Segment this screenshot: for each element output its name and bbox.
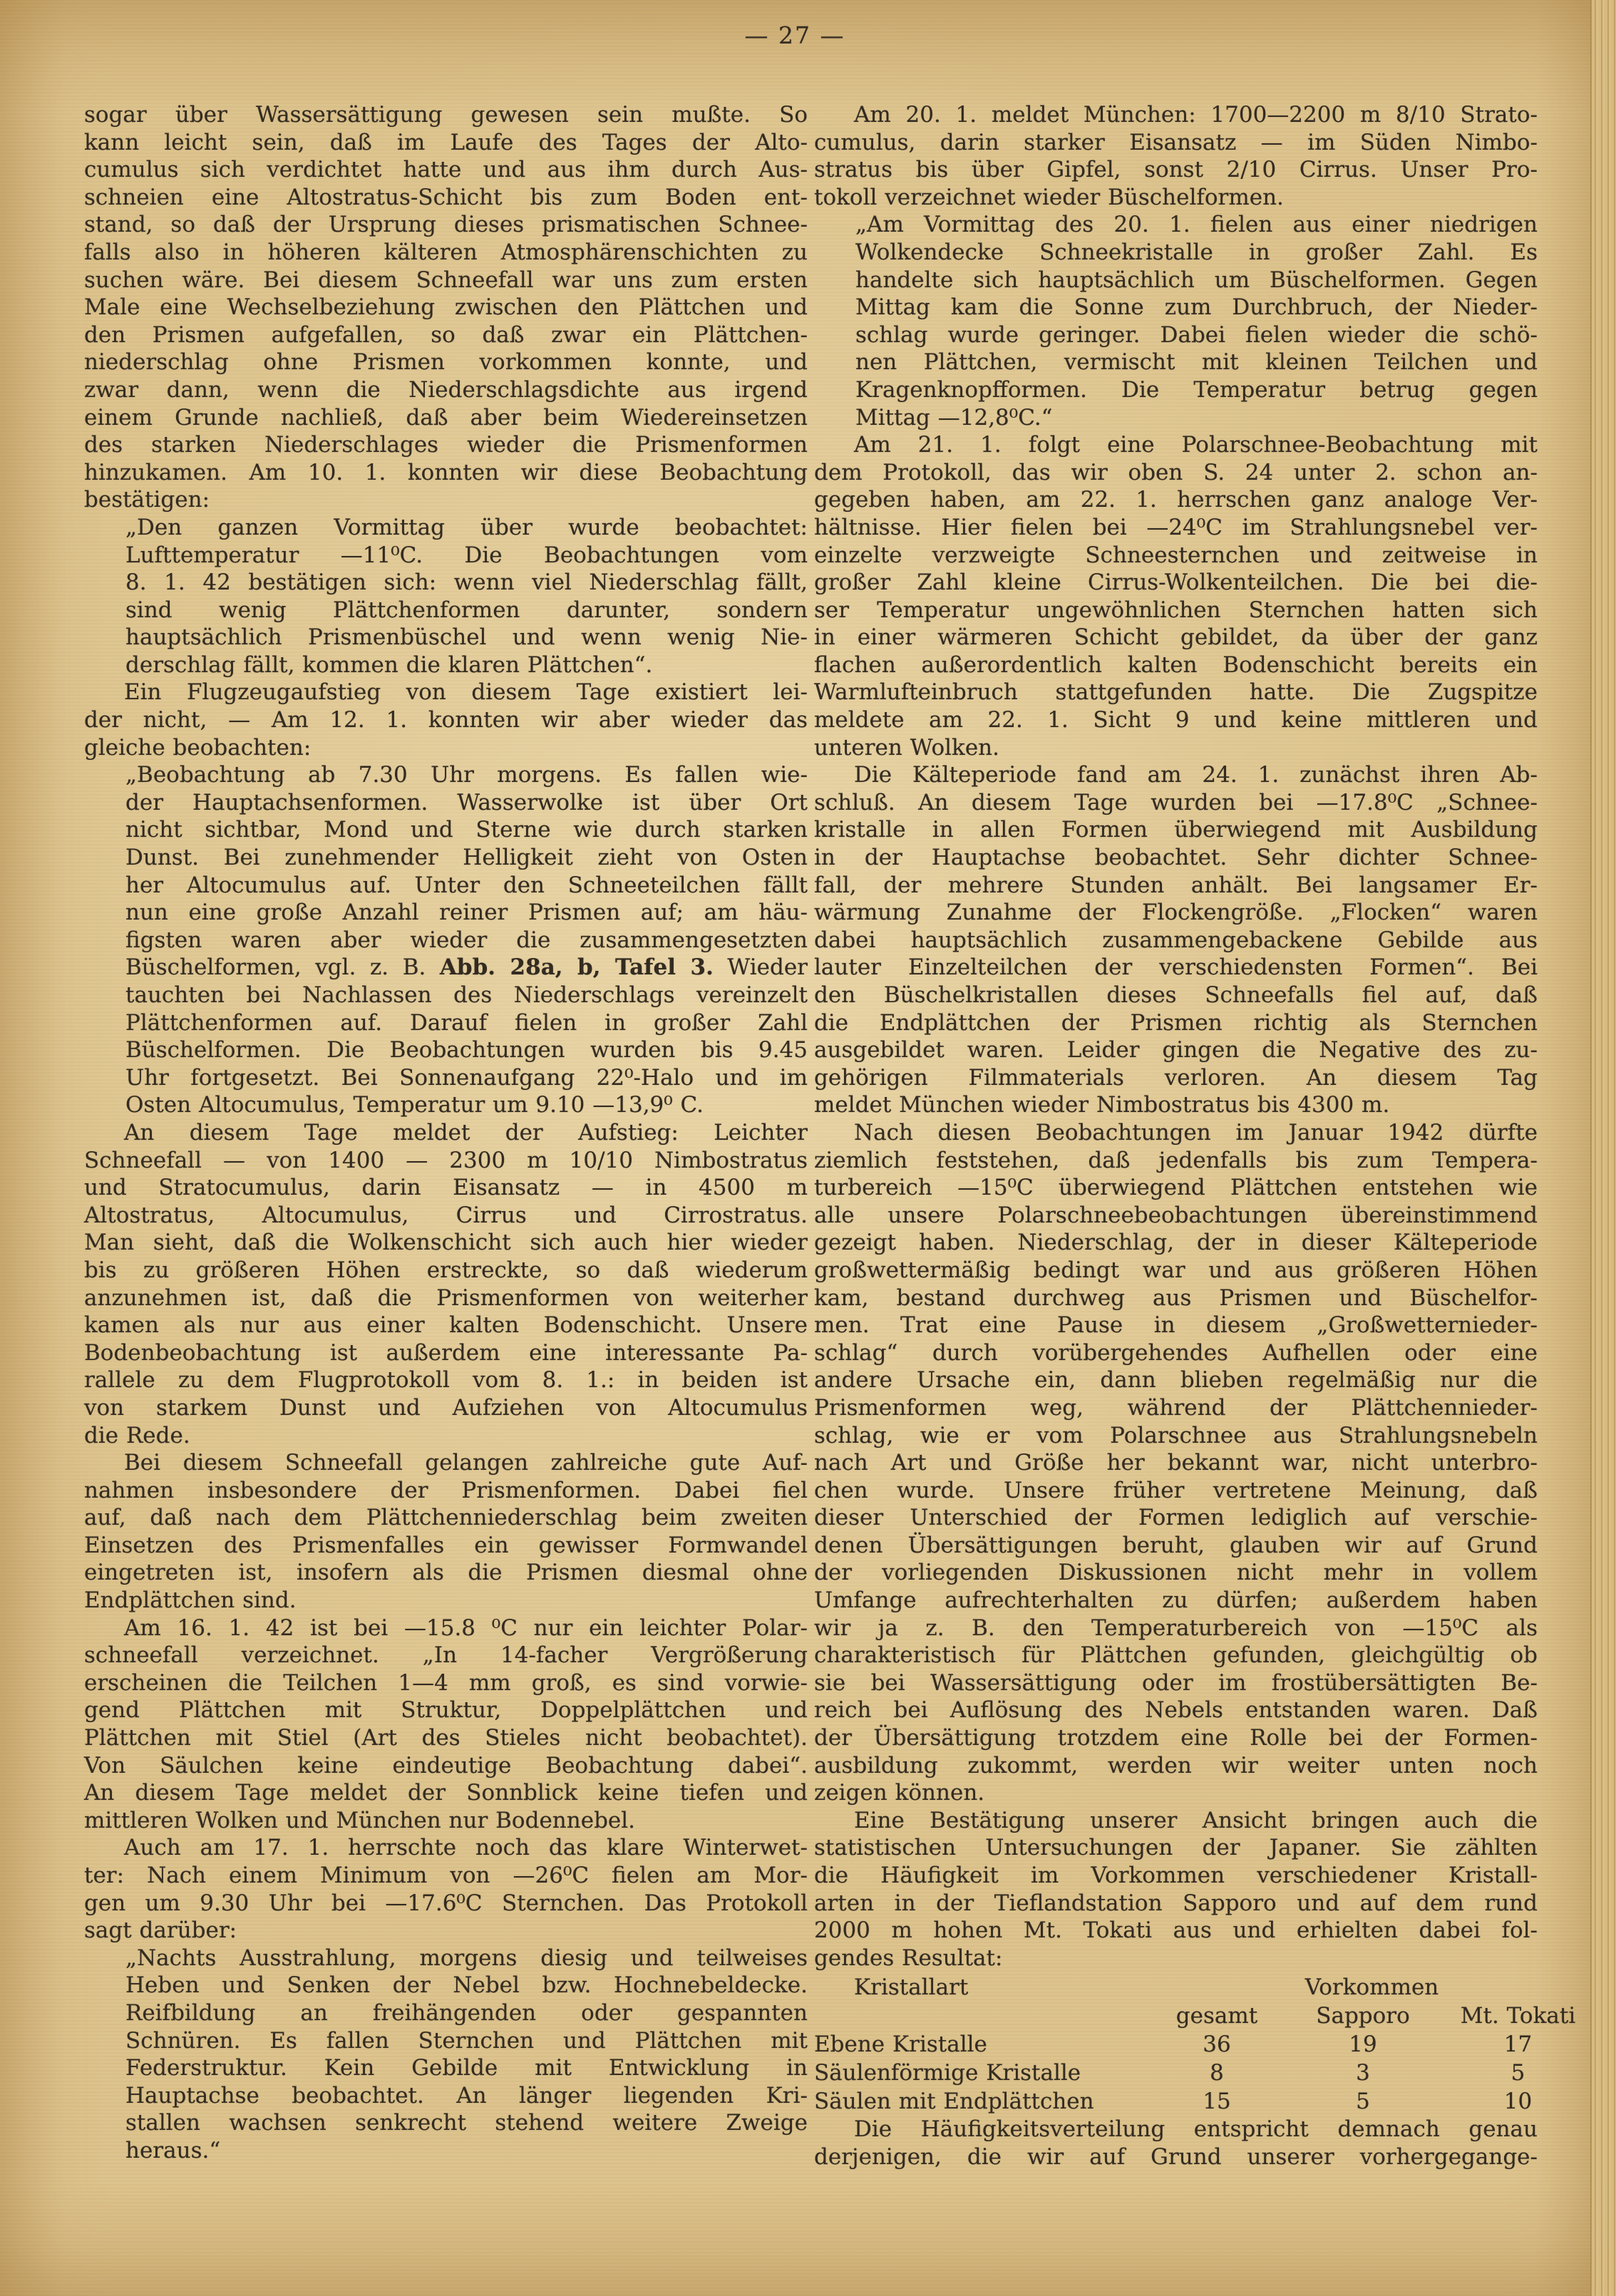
- text-line: gegeben haben, am 22. 1. herrschen ganz …: [814, 486, 1538, 514]
- text-line: tauchten bei Nachlassen des Niederschlag…: [84, 982, 808, 1009]
- text-line: gendes Resultat:: [814, 1945, 1538, 1972]
- text-line: An diesem Tage meldet der Sonnblick kein…: [84, 1779, 808, 1807]
- text-line: Plättchen mit Stiel (Art des Stieles nic…: [84, 1724, 808, 1752]
- text-line: bestätigen:: [84, 486, 808, 514]
- text-line: schlag, wie er vom Polarschnee aus Strah…: [814, 1422, 1538, 1450]
- text-line: men. Trat eine Pause in diesem „Großwett…: [814, 1312, 1538, 1339]
- right-text-column: Am 20. 1. meldet München: 1700—2200 m 8/…: [814, 101, 1538, 2171]
- text-line: nen Plättchen, vermischt mit kleinen Tei…: [814, 349, 1538, 376]
- text-line: „Den ganzen Vormittag über wurde beobach…: [84, 514, 808, 542]
- text-line: sogar über Wassersättigung gewesen sein …: [84, 101, 808, 129]
- table-cell: 5: [1285, 2087, 1441, 2116]
- text-line: Schnüren. Es fallen Sternchen und Plättc…: [84, 2027, 808, 2055]
- text-line: Am 20. 1. meldet München: 1700—2200 m 8/…: [814, 101, 1538, 129]
- text-line: nach Art und Größe her bekannt war, nich…: [814, 1449, 1538, 1477]
- text-line: alle unsere Polarschneebeobachtungen übe…: [814, 1202, 1538, 1230]
- paragraph: An diesem Tage meldet der Aufstieg: Leic…: [84, 1119, 808, 1449]
- text-line: des starken Niederschlages wieder die Pr…: [84, 431, 808, 459]
- text-line: Plättchenformen auf. Darauf fielen in gr…: [84, 1009, 808, 1037]
- text-line: einem Grunde nachließ, daß aber beim Wie…: [84, 404, 808, 432]
- text-line: mittleren Wolken und München nur Bodenne…: [84, 1807, 808, 1835]
- table-row-label: Säulen mit Endplättchen: [814, 2087, 1149, 2116]
- table-row-header: Kristallart: [814, 1973, 1149, 2002]
- text-line: der Übersättigung trotzdem eine Rolle be…: [814, 1724, 1538, 1752]
- text-line: derschlag fällt, kommen die klaren Plätt…: [84, 652, 808, 679]
- paragraph: Am 16. 1. 42 ist bei —15.8 ⁰C nur ein le…: [84, 1615, 808, 1835]
- text-line: Dunst. Bei zunehmender Helligkeit zieht …: [84, 844, 808, 872]
- text-line: Uhr fortgesetzt. Bei Sonnenaufgang 22⁰-H…: [84, 1064, 808, 1092]
- text-line: ausbildung zukommt, werden wir weiter un…: [814, 1752, 1538, 1780]
- text-line: Mittag —12,8⁰C.“: [814, 404, 1538, 432]
- text-line: in einer wärmeren Schicht gebildet, da ü…: [814, 624, 1538, 652]
- text-line: sagt darüber:: [84, 1917, 808, 1945]
- text-line: Am 16. 1. 42 ist bei —15.8 ⁰C nur ein le…: [84, 1615, 808, 1642]
- text-line: Prismenformen weg, während der Plättchen…: [814, 1394, 1538, 1422]
- table-row-label: Säulenförmige Kristalle: [814, 2059, 1149, 2087]
- text-line: An diesem Tage meldet der Aufstieg: Leic…: [84, 1119, 808, 1147]
- text-line: einzelte verzweigte Schneesternchen und …: [814, 542, 1538, 570]
- text-line: Wolkendecke Schneekristalle in großer Za…: [814, 239, 1538, 267]
- quote-paragraph: „Den ganzen Vormittag über wurde beobach…: [84, 514, 808, 679]
- text-line: andere Ursache ein, dann blieben regelmä…: [814, 1366, 1538, 1394]
- text-line: meldete am 22. 1. Sicht 9 und keine mitt…: [814, 706, 1538, 734]
- text-line: Eine Bestätigung unserer Ansicht bringen…: [814, 1807, 1538, 1835]
- paragraph: Eine Bestätigung unserer Ansicht bringen…: [814, 1807, 1538, 1972]
- text-line: Man sieht, daß die Wolkenschicht sich au…: [84, 1229, 808, 1257]
- table-group-header: Vorkommen: [1149, 1973, 1595, 2002]
- text-line: Bodenbeobachtung ist außerdem eine inter…: [84, 1339, 808, 1367]
- text-line: Endplättchen sind.: [84, 1587, 808, 1615]
- text-line: der vorliegenden Diskussionen nicht mehr…: [814, 1559, 1538, 1587]
- quote-paragraph: „Nachts Ausstrahlung, morgens diesig und…: [84, 1945, 808, 2165]
- text-line: großwettermäßig bedingt war und aus größ…: [814, 1257, 1538, 1285]
- text-line: nicht sichtbar, Mond und Sterne wie durc…: [84, 816, 808, 844]
- text-line: 8. 1. 42 bestätigen sich: wenn viel Nied…: [84, 569, 808, 597]
- text-line: „Nachts Ausstrahlung, morgens diesig und…: [84, 1945, 808, 1972]
- text-line: zwar dann, wenn die Niederschlagsdichte …: [84, 376, 808, 404]
- table-column-header: Sapporo: [1285, 2002, 1441, 2030]
- paragraph: Nach diesen Beobachtungen im Januar 1942…: [814, 1119, 1538, 1807]
- paragraph: Am 20. 1. meldet München: 1700—2200 m 8/…: [814, 101, 1538, 211]
- page-number-header: — 27 —: [0, 21, 1590, 49]
- text-segment: Wieder: [714, 954, 808, 980]
- paragraph: Am 21. 1. folgt eine Polarschnee-Beobach…: [814, 431, 1538, 761]
- text-line: nahmen insbesondere der Prismenformen. D…: [84, 1477, 808, 1505]
- text-line: schneefall verzeichnet. „In 14-facher Ve…: [84, 1642, 808, 1669]
- text-line: den Prismen aufgefallen, so daß zwar ein…: [84, 321, 808, 349]
- text-line: rallele zu dem Flugprotokoll vom 8. 1.: …: [84, 1366, 808, 1394]
- table-header-row: KristallartVorkommen: [814, 1973, 1538, 2002]
- text-line: auf, daß nach dem Plättchenniederschlag …: [84, 1504, 808, 1532]
- paragraph: sogar über Wassersättigung gewesen sein …: [84, 101, 808, 514]
- text-line: ter: Nach einem Minimum von —26⁰C fielen…: [84, 1862, 808, 1890]
- text-line: handelte sich hauptsächlich um Büschelfo…: [814, 267, 1538, 294]
- text-line: „Beobachtung ab 7.30 Uhr morgens. Es fal…: [84, 761, 808, 789]
- table-row: Säulenförmige Kristalle835: [814, 2059, 1538, 2087]
- text-line: lauter Einzelteilchen der verschiedenste…: [814, 954, 1538, 982]
- text-line: kamen als nur aus einer kalten Bodenschi…: [84, 1312, 808, 1339]
- text-line: Auch am 17. 1. herrschte noch das klare …: [84, 1834, 808, 1862]
- text-line: zeigen können.: [814, 1779, 1538, 1807]
- text-line: Bei diesem Schneefall gelangen zahlreich…: [84, 1449, 808, 1477]
- figure-reference: Abb. 28a, b, Tafel 3.: [440, 954, 714, 980]
- quote-paragraph: „Beobachtung ab 7.30 Uhr morgens. Es fal…: [84, 761, 808, 1119]
- text-line: „Am Vormittag des 20. 1. fielen aus eine…: [814, 211, 1538, 239]
- text-line: unteren Wolken.: [814, 734, 1538, 762]
- text-line: suchen wäre. Bei diesem Schneefall war u…: [84, 267, 808, 294]
- text-line: gezeigt haben. Niederschlag, der in dies…: [814, 1229, 1538, 1257]
- text-line: Osten Altocumulus, Temperatur um 9.10 —1…: [84, 1091, 808, 1119]
- text-line: cumulus sich verdichtet hatte und aus ih…: [84, 156, 808, 184]
- quote-paragraph: „Am Vormittag des 20. 1. fielen aus eine…: [814, 211, 1538, 431]
- text-line: Kragenknopfformen. Die Temperatur betrug…: [814, 376, 1538, 404]
- page-stack-edge: [1590, 0, 1616, 2296]
- text-line: Warmlufteinbruch stattgefunden hatte. Di…: [814, 679, 1538, 706]
- text-line: Ein Flugzeugaufstieg von diesem Tage exi…: [84, 679, 808, 706]
- text-line: kristalle in allen Formen überwiegend mi…: [814, 816, 1538, 844]
- text-line: Male eine Wechselbeziehung zwischen den …: [84, 294, 808, 321]
- text-line: Reifbildung an freihängenden oder gespan…: [84, 1999, 808, 2027]
- text-line: Von Säulchen keine eindeutige Beobachtun…: [84, 1752, 808, 1780]
- text-line: flachen außerordentlich kalten Bodenschi…: [814, 652, 1538, 679]
- table-row: Ebene Kristalle361917: [814, 2030, 1538, 2059]
- table-cell: 19: [1285, 2030, 1441, 2059]
- table-row-label: Ebene Kristalle: [814, 2030, 1149, 2059]
- table-cell: 15: [1149, 2087, 1285, 2116]
- text-line: tokoll verzeichnet wieder Büschelformen.: [814, 184, 1538, 212]
- text-line: wärmung Zunahme der Flockengröße. „Flock…: [814, 899, 1538, 927]
- text-line: 2000 m hohen Mt. Tokati aus und erhielte…: [814, 1917, 1538, 1945]
- text-line: dieser Unterschied der Formen lediglich …: [814, 1504, 1538, 1532]
- text-line: arten in der Tieflandstation Sapporo und…: [814, 1890, 1538, 1917]
- text-line: figsten waren aber wieder die zusammenge…: [84, 927, 808, 954]
- text-line: hauptsächlich Prismenbüschel und wenn we…: [84, 624, 808, 652]
- paragraph: Die Häufigkeitsverteilung entspricht dem…: [814, 2116, 1538, 2171]
- table-column-header: gesamt: [1149, 2002, 1285, 2030]
- left-text-column: sogar über Wassersättigung gewesen sein …: [84, 101, 808, 2165]
- text-line: dem Protokoll, das wir oben S. 24 unter …: [814, 459, 1538, 487]
- text-line: hältnisse. Hier fielen bei —24⁰C im Stra…: [814, 514, 1538, 542]
- text-line: Büschelformen. Die Beobachtungen wurden …: [84, 1036, 808, 1064]
- text-line: sind wenig Plättchenformen darunter, son…: [84, 597, 808, 624]
- table-spacer: [814, 2002, 1149, 2030]
- text-line: ausgebildet waren. Leider gingen die Neg…: [814, 1036, 1538, 1064]
- text-line: reich bei Auflösung des Nebels entstande…: [814, 1697, 1538, 1724]
- text-line: und Stratocumulus, darin Eisansatz — in …: [84, 1174, 808, 1202]
- text-line: stand, so daß der Ursprung dieses prisma…: [84, 211, 808, 239]
- text-line: anzunehmen ist, daß die Prismenformen vo…: [84, 1285, 808, 1312]
- text-line: Am 21. 1. folgt eine Polarschnee-Beobach…: [814, 431, 1538, 459]
- text-line: kam, bestand durchweg aus Prismen und Bü…: [814, 1285, 1538, 1312]
- text-line: den Büschelkristallen dieses Schneefalls…: [814, 982, 1538, 1009]
- table-column-header-row: gesamtSapporoMt. Tokati: [814, 2002, 1538, 2030]
- paragraph: Ein Flugzeugaufstieg von diesem Tage exi…: [84, 679, 808, 761]
- text-line: stallen wachsen senkrecht stehend weiter…: [84, 2109, 808, 2137]
- text-line: statistischen Untersuchungen der Japaner…: [814, 1834, 1538, 1862]
- text-line: gen um 9.30 Uhr bei —17.6⁰C Sternchen. D…: [84, 1890, 808, 1917]
- text-line: dabei hauptsächlich zusammengebackene Ge…: [814, 927, 1538, 954]
- text-line: her Altocumulus auf. Unter den Schneetei…: [84, 872, 808, 900]
- text-line: die Endplättchen der Prismen richtig als…: [814, 1009, 1538, 1037]
- text-line: hinzukamen. Am 10. 1. konnten wir diese …: [84, 459, 808, 487]
- text-line: eingetreten ist, insofern als die Prisme…: [84, 1559, 808, 1587]
- text-line: Lufttemperatur —11⁰C. Die Beobachtungen …: [84, 542, 808, 570]
- text-line: der Hauptachsenformen. Wasserwolke ist ü…: [84, 789, 808, 817]
- text-line: Schneefall — von 1400 — 2300 m 10/10 Nim…: [84, 1147, 808, 1175]
- text-line: erscheinen die Teilchen 1—4 mm groß, es …: [84, 1669, 808, 1697]
- text-line: falls also in höheren kälteren Atmosphär…: [84, 239, 808, 267]
- text-segment: Büschelformen, vgl. z. B.: [125, 954, 440, 980]
- crystal-frequency-table: KristallartVorkommengesamtSapporoMt. Tok…: [814, 1973, 1538, 2116]
- text-line: denen Übersättigungen beruht, glauben wi…: [814, 1532, 1538, 1560]
- text-line: Umfange aufrechterhalten zu dürfen; auße…: [814, 1587, 1538, 1615]
- text-line: Büschelformen, vgl. z. B. Abb. 28a, b, T…: [84, 954, 808, 982]
- text-line: Einsetzen des Prismenfalles ein gewisser…: [84, 1532, 808, 1560]
- text-line: bis zu größeren Höhen erstreckte, so daß…: [84, 1257, 808, 1285]
- text-line: kann leicht sein, daß im Laufe des Tages…: [84, 129, 808, 157]
- text-line: gleiche beobachten:: [84, 734, 808, 762]
- text-line: die Häufigkeit im Vorkommen verschiedene…: [814, 1862, 1538, 1890]
- text-line: heraus.“: [84, 2137, 808, 2165]
- text-line: niederschlag ohne Prismen vorkommen konn…: [84, 349, 808, 376]
- text-line: nun eine große Anzahl reiner Prismen auf…: [84, 899, 808, 927]
- table-cell: 36: [1149, 2030, 1285, 2059]
- text-line: meldet München wieder Nimbostratus bis 4…: [814, 1091, 1538, 1119]
- text-line: großer Zahl kleine Cirrus-Wolkenteilchen…: [814, 569, 1538, 597]
- text-line: Mittag kam die Sonne zum Durchbruch, der…: [814, 294, 1538, 321]
- text-line: charakteristisch für Plättchen gefunden,…: [814, 1642, 1538, 1669]
- paragraph: Auch am 17. 1. herrschte noch das klare …: [84, 1834, 808, 1944]
- table-cell: 8: [1149, 2059, 1285, 2087]
- text-line: fall, der mehrere Stunden anhält. Bei la…: [814, 872, 1538, 900]
- text-line: gend Plättchen mit Struktur, Doppelplätt…: [84, 1697, 808, 1724]
- paragraph: Die Kälteperiode fand am 24. 1. zunächst…: [814, 761, 1538, 1119]
- text-line: schneien eine Altostratus-Schicht bis zu…: [84, 184, 808, 212]
- text-line: turbereich —15⁰C überwiegend Plättchen e…: [814, 1174, 1538, 1202]
- text-line: Nach diesen Beobachtungen im Januar 1942…: [814, 1119, 1538, 1147]
- text-line: stratus bis über Gipfel, sonst 2/10 Cirr…: [814, 156, 1538, 184]
- text-line: ziemlich feststehen, daß jedenfalls bis …: [814, 1147, 1538, 1175]
- paragraph: Bei diesem Schneefall gelangen zahlreich…: [84, 1449, 808, 1615]
- text-line: Federstruktur. Kein Gebilde mit Entwickl…: [84, 2054, 808, 2082]
- text-line: gehörigen Filmmaterials verloren. An die…: [814, 1064, 1538, 1092]
- text-line: Hauptachse beobachtet. An länger liegend…: [84, 2082, 808, 2110]
- text-line: von starkem Dunst und Aufziehen von Alto…: [84, 1394, 808, 1422]
- table-cell: 17: [1441, 2030, 1595, 2059]
- text-line: der nicht, — Am 12. 1. konnten wir aber …: [84, 706, 808, 734]
- text-line: die Rede.: [84, 1422, 808, 1450]
- text-line: in der Hauptachse beobachtet. Sehr dicht…: [814, 844, 1538, 872]
- table-cell: 10: [1441, 2087, 1595, 2116]
- text-line: Die Häufigkeitsverteilung entspricht dem…: [814, 2116, 1538, 2143]
- table-row: Säulen mit Endplättchen15510: [814, 2087, 1538, 2116]
- text-line: ser Temperatur ungewöhnlichen Sternchen …: [814, 597, 1538, 624]
- table-column-header: Mt. Tokati: [1441, 2002, 1595, 2030]
- text-line: derjenigen, die wir auf Grund unserer vo…: [814, 2143, 1538, 2171]
- text-line: schlag“ durch vorübergehendes Aufhellen …: [814, 1339, 1538, 1367]
- text-line: cumulus, darin starker Eisansatz — im Sü…: [814, 129, 1538, 157]
- text-line: schluß. An diesem Tage wurden bei —17.8⁰…: [814, 789, 1538, 817]
- table-cell: 5: [1441, 2059, 1595, 2087]
- table-cell: 3: [1285, 2059, 1441, 2087]
- text-line: Altostratus, Altocumulus, Cirrus und Cir…: [84, 1202, 808, 1230]
- text-line: Heben und Senken der Nebel bzw. Hochnebe…: [84, 1972, 808, 1999]
- scanned-book-page: — 27 — sogar über Wassersättigung gewese…: [0, 0, 1616, 2296]
- text-line: sie bei Wassersättigung oder im frostübe…: [814, 1669, 1538, 1697]
- text-line: chen wurde. Unsere früher vertretene Mei…: [814, 1477, 1538, 1505]
- text-line: wir ja z. B. den Temperaturbereich von —…: [814, 1615, 1538, 1642]
- text-line: schlag wurde geringer. Dabei fielen wied…: [814, 321, 1538, 349]
- text-line: Die Kälteperiode fand am 24. 1. zunächst…: [814, 761, 1538, 789]
